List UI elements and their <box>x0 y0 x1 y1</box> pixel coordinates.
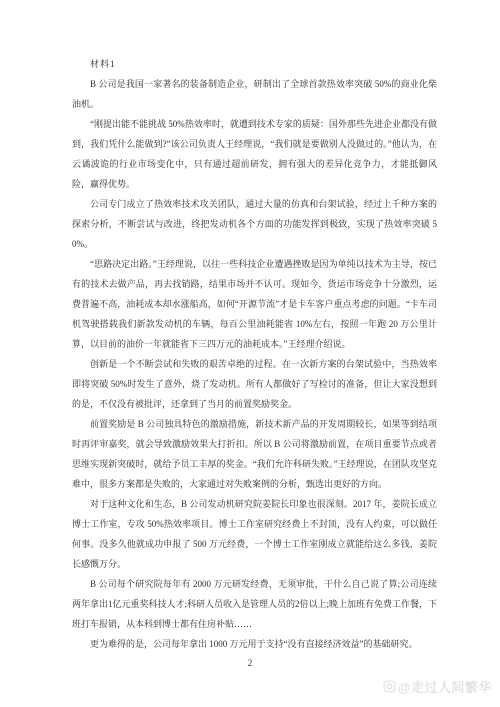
paragraph: B 公司是我国一家著名的装备制造企业，研制出了全球首款热效率突破 50%的商业化… <box>72 74 437 114</box>
watermark-text: @走过人间繁华 <box>398 677 492 696</box>
paragraph: “思路决定出路。”王经理说，以往一些科技企业遭遇挫败是因为单纯以技术为主导，按已… <box>72 254 437 354</box>
paragraph: B 公司每个研究院每年有 2000 万元研发经费，无须审批，干什么自己说了算;公… <box>72 574 437 634</box>
document-page: 材料1 B 公司是我国一家著名的装备制造企业，研制出了全球首款热效率突破 50%… <box>72 54 437 654</box>
paragraph: 对于这种文化和生态，B 公司发动机研究院姜院长印象也很深刻。2017 年，姜院长… <box>72 494 437 574</box>
paragraph: 前置奖励是 B 公司独具特色的激励措施，新技术新产品的开发周期较长，如果等到结项… <box>72 414 437 494</box>
paragraph: 创新是一个不断尝试和失败的艰苦卓绝的过程。在一次新方案的台架试验中，当热效率即将… <box>72 354 437 414</box>
paragraph: 更为难得的是，公司每年拿出 1000 万元用于支持“没有直接经济效益”的基础研究… <box>72 634 437 654</box>
lens-logo-icon <box>383 680 396 693</box>
page-number: 2 <box>0 657 500 669</box>
watermark: @走过人间繁华 <box>383 677 492 696</box>
document-title: 材料1 <box>72 54 437 74</box>
paragraph: “刚提出能不能挑战 50%热效率时，就遭到技术专家的质疑：国外那些先进企业都没有… <box>72 114 437 194</box>
paragraph: 公司专门成立了热效率技术攻关团队，通过大量的仿真和台架试验，经过上千种方案的探索… <box>72 194 437 254</box>
